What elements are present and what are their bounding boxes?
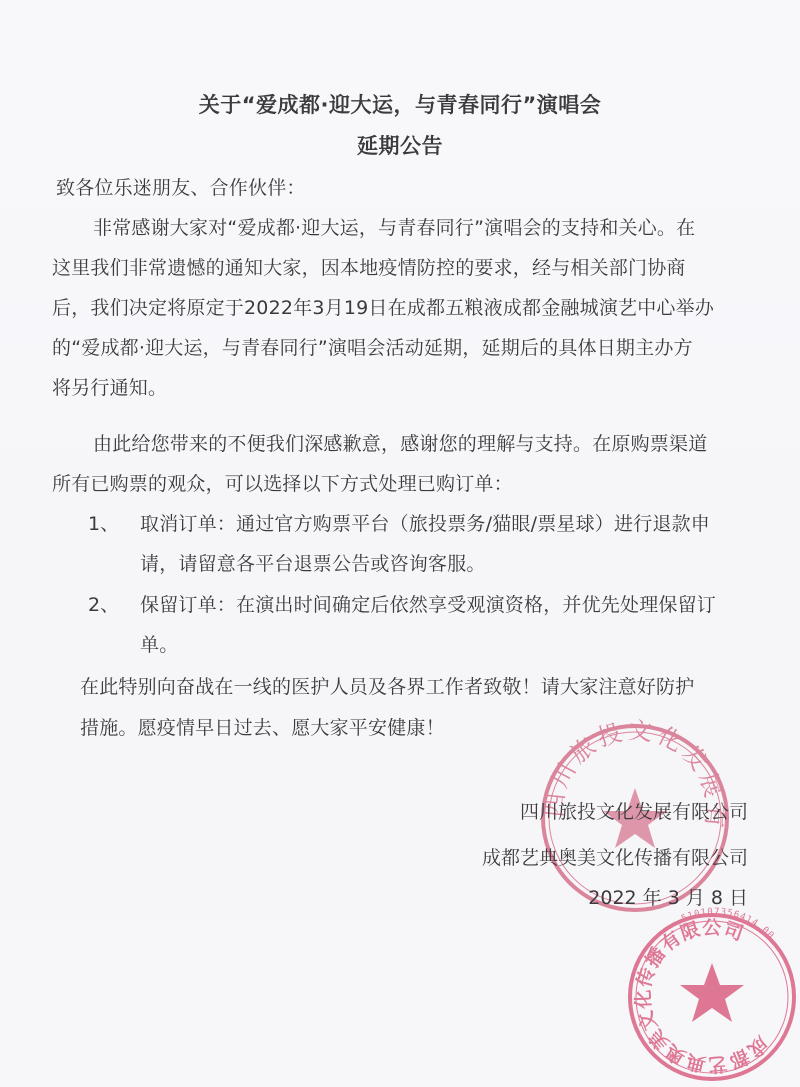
closing-line: 措施。愿疫情早日过去、愿大家平安健康！ — [80, 716, 445, 740]
signature-company-2: 成都艺典奥美文化传播有限公司 — [482, 846, 748, 870]
option-number: 1、 — [88, 512, 119, 536]
document-subtitle: 延期公告 — [0, 130, 800, 160]
document-page: 四川旅投文化发展有限公司 成都艺典奥美文化传播有限公司 510107356414… — [0, 0, 800, 1087]
paragraph-2-line: 所有已购票的观众，可以选择以下方式处理已购订单： — [52, 472, 513, 496]
paragraph-1-line: 后，我们决定将原定于2022年3月19日在成都五粮液成都金融城演艺中心举办 — [52, 296, 714, 320]
document-date: 2022 年 3 月 8 日 — [588, 886, 748, 910]
closing-line: 在此特别向奋战在一线的医护人员及各界工作者致敬！请大家注意好防护 — [80, 675, 694, 699]
option-number: 2、 — [88, 593, 119, 617]
option-line: 单。 — [140, 633, 178, 657]
paragraph-2-line: 由此给您带来的不便我们深感歉意，感谢您的理解与支持。在原购票渠道 — [93, 432, 707, 456]
paragraph-1-line: 的“爱成都·迎大运，与青春同行”演唱会活动延期，延期后的具体日期主办方 — [52, 336, 693, 360]
signature-company-1: 四川旅投文化发展有限公司 — [520, 800, 748, 824]
paragraph-1-line: 将另行通知。 — [52, 376, 167, 400]
document-title: 关于“爱成都·迎大运，与青春同行”演唱会 — [0, 89, 800, 119]
paragraph-1-line: 这里我们非常遗憾的通知大家，因本地疫情防控的要求，经与相关部门协商 — [52, 256, 686, 280]
company-seal-icon-2: 成都艺典奥美文化传播有限公司 510107356414 00 — [620, 905, 800, 1085]
option-line: 请，请留意各平台退票公告或咨询客服。 — [140, 552, 486, 576]
option-line: 取消订单：通过官方购票平台（旅投票务/猫眼/票星球）进行退款申 — [140, 512, 710, 536]
option-line: 保留订单：在演出时间确定后依然享受观演资格，并优先处理保留订 — [140, 593, 716, 617]
paragraph-1-line: 非常感谢大家对“爱成都·迎大运，与青春同行”演唱会的支持和关心。在 — [93, 216, 695, 240]
salutation: 致各位乐迷朋友、合作伙伴： — [56, 176, 306, 200]
